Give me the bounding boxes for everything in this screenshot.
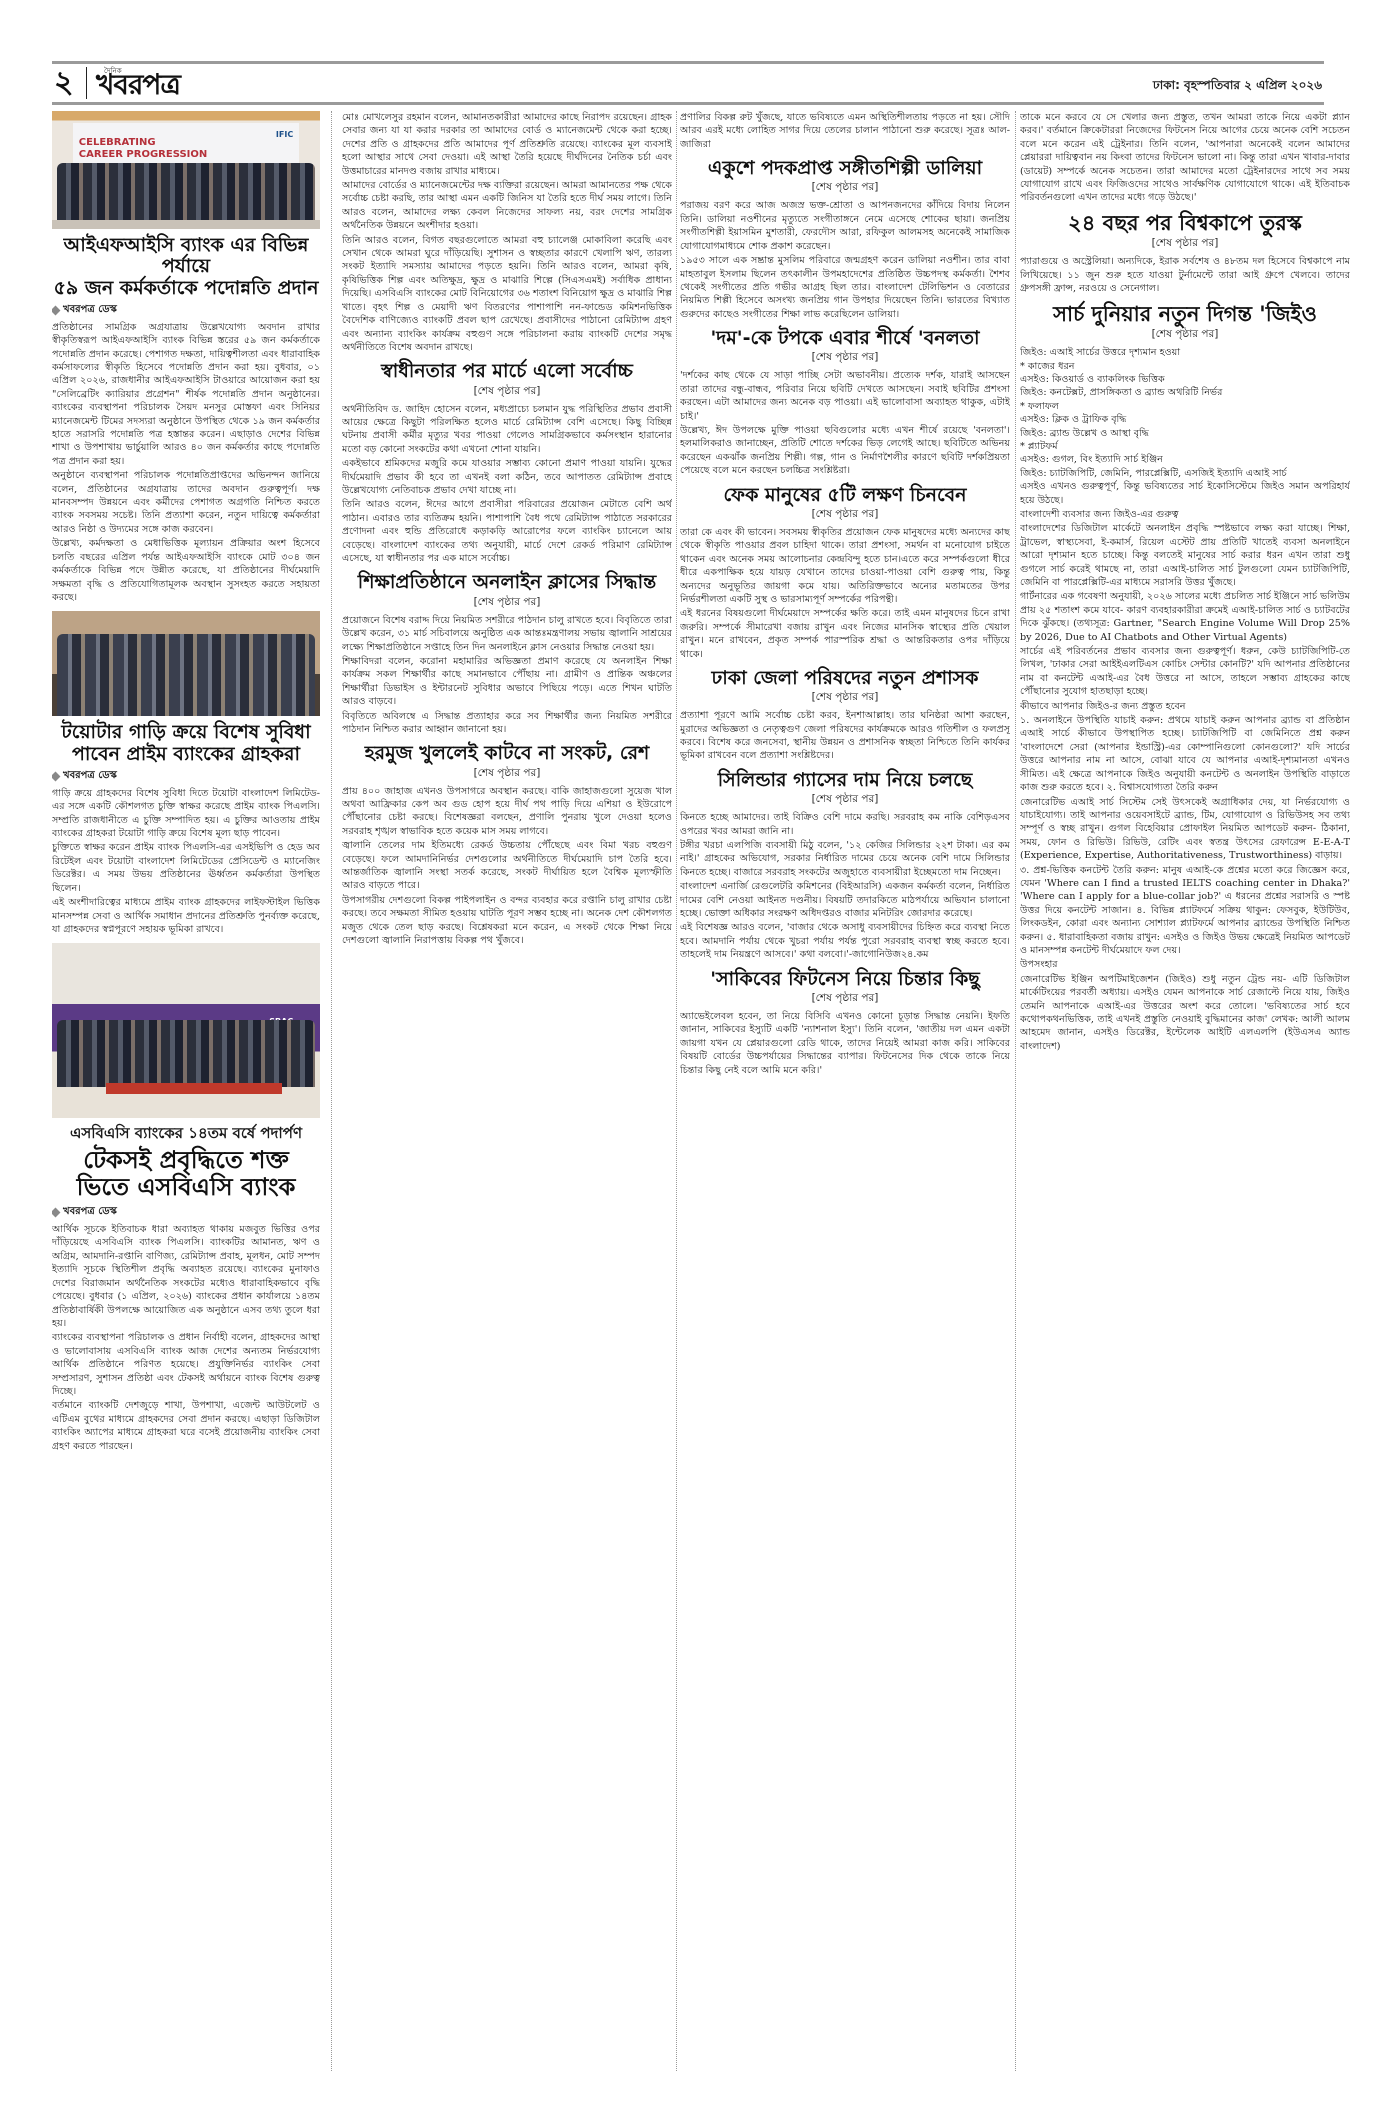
paragraph: উপসাগরীয় দেশগুলো বিকল্প পাইপলাইন ও বন্দ… <box>342 894 672 948</box>
article-body: প্যারাগুয়ে ও অস্ট্রেলিয়া। অন্যদিকে, ইর… <box>1020 255 1350 295</box>
paragraph: বাংলাদেশের ডিজিটাল মার্কেটে অনলাইন প্রবৃ… <box>1020 522 1350 589</box>
continued-label: [শেষ পৃষ্ঠার পর] <box>1020 327 1350 344</box>
article-turkey-world-cup: ২৪ বছর পর বিশ্বকাপে তুরস্ক [শেষ পৃষ্ঠার … <box>1020 212 1350 296</box>
list-item: * প্ল্যাটফর্ম <box>1020 440 1350 453</box>
group-of-people <box>57 163 314 220</box>
article-headline: সার্চ দুনিয়ার নতুন দিগন্ত 'জিইও <box>1020 303 1350 327</box>
column-2: মোঃ মোখলেসুর রহমান বলেন, আমানতকারীরা আমা… <box>342 111 672 2071</box>
subheading: উপসংহার <box>1020 958 1350 971</box>
list-item: এসইও: কিওয়ার্ড ও ব্যাকলিংক ভিত্তিক <box>1020 373 1350 386</box>
paragraph: প্যারাগুয়ে ও অস্ট্রেলিয়া। অন্যদিকে, ইর… <box>1020 255 1350 295</box>
continued-label: [শেষ পৃষ্ঠার পর] <box>680 350 1010 367</box>
red-carpet <box>106 1083 283 1094</box>
article-body: প্রণালির বিকল্প রুট খুঁজছে, যাতে ভবিষ্যত… <box>680 111 1010 151</box>
paragraph: তিনি আরও বলেন, বিগত বছরগুলোতে আমরা বহু চ… <box>342 234 672 355</box>
paragraph: চুক্তিতে স্বাক্ষর করেন প্রাইম ব্যাংক পিএ… <box>52 841 320 895</box>
article-body: আর্থিক সূচকে ইতিবাচক ধারা অব্যাহত থাকায়… <box>52 1223 320 1453</box>
article-dalia: একুশে পদকপ্রাপ্ত সঙ্গীতশিল্পী ডালিয়া [শ… <box>680 158 1010 321</box>
continued-label: [শেষ পৃষ্ঠার পর] <box>680 991 1010 1008</box>
paragraph: জ্বালানি তেলের দাম ইতিমধ্যে রেকর্ড উচ্চত… <box>342 839 672 893</box>
continued-label: [শেষ পৃষ্ঠার পর] <box>342 595 672 612</box>
byline-text: খবরপত্র ডেস্ক <box>63 768 117 785</box>
paragraph: গার্টনারের এক গবেষণা অনুযায়ী, ২০২৬ সালে… <box>1020 590 1350 644</box>
article-headline: ২৪ বছর পর বিশ্বকাপে তুরস্ক <box>1020 212 1350 236</box>
byline-text: খবরপত্র ডেস্ক <box>63 302 117 319</box>
paragraph: আমাদের বোর্ডের ও ম্যানেজমেন্টের দক্ষ ব্য… <box>342 179 672 233</box>
article-headline: সিলিন্ডার গ্যাসের দাম নিয়ে চলছে <box>680 770 1010 791</box>
ific-event-photo: CELEBRATING CAREER PROGRESSION IFIC <box>52 111 320 229</box>
list-item: * ফলাফল <box>1020 400 1350 413</box>
article-body: এসইও এখনও গুরুত্বপূর্ণ, কিন্তু ভবিষ্যতের… <box>1020 480 1350 1053</box>
diamond-bullet-icon <box>52 771 60 781</box>
article-headline-line2: পাবেন প্রাইম ব্যাংকের গ্রাহকরা <box>52 744 320 765</box>
paragraph: জেনারেটিভ এআই সার্চ সিস্টেম সেই উৎসকেই অ… <box>1020 796 1350 863</box>
paragraph: প্রত্যাশা পূরণে আমি সর্বোচ্চ চেষ্টা করব,… <box>680 709 1010 763</box>
article-body: প্রায় ৪০০ জাহাজ এখনও উপসাগরে অবস্থান কর… <box>342 785 672 948</box>
column-divider <box>331 111 332 2071</box>
paragraph: অর্থনীতিবিদ ড. জাহিদ হোসেন বলেন, মধ্যপ্র… <box>342 403 672 457</box>
article-headline: হরমুজ খুললেই কাটবে না সংকট, রেশ <box>342 743 672 764</box>
paragraph: গাড়ি ক্রয়ে গ্রাহকদের বিশেষ সুবিধা দিতে… <box>52 787 320 841</box>
paragraph: মোঃ মোখলেসুর রহমান বলেন, আমানতকারীরা আমা… <box>342 111 672 178</box>
article-headline: আইএফআইসি ব্যাংক এর বিভিন্ন পর্যায়ে <box>52 235 320 278</box>
continued-label: [শেষ পৃষ্ঠার পর] <box>342 384 672 401</box>
paragraph: এসইও এখনও গুরুত্বপূর্ণ, কিন্তু ভবিষ্যতের… <box>1020 480 1350 507</box>
column-divider <box>676 111 677 2071</box>
continued-label: [শেষ পৃষ্ঠার পর] <box>680 792 1010 809</box>
article-online-class: শিক্ষাপ্রতিষ্ঠানে অনলাইন ক্লাসের সিদ্ধান… <box>342 572 672 736</box>
article-ific-promotion: CELEBRATING CAREER PROGRESSION IFIC আইএফ… <box>52 111 320 604</box>
continued-label: [শেষ পৃষ্ঠার পর] <box>342 766 672 783</box>
paragraph: একইভাবে শ্রমিকদের মজুরি কমে যাওয়ার সম্ভ… <box>342 457 672 497</box>
comparison-list: জিইও: এআই সার্চের উত্তরে দৃশ্যমান হওয়া … <box>1020 346 1350 480</box>
masthead: ২ দৈনিক খবরপত্র ঢাকা: বৃহস্পতিবার ২ এপ্র… <box>52 61 1324 105</box>
paragraph: প্রায় ৪০০ জাহাজ এখনও উপসাগরে অবস্থান কর… <box>342 785 672 839</box>
paragraph: শিক্ষাবিদরা বলেন, করোনা মহামারির অভিজ্ঞত… <box>342 655 672 709</box>
group-of-people <box>57 634 314 716</box>
masthead-bottom-rule <box>52 102 1324 105</box>
paper-logo: খবরপত্র <box>96 69 180 101</box>
article-body: মোঃ মোখলেসুর রহমান বলেন, আমানতকারীরা আমা… <box>342 111 672 354</box>
article-dhaka-district-council: ঢাকা জেলা পরিষদের নতুন প্রশাসক [শেষ পৃষ্… <box>680 668 1010 763</box>
paragraph: অনুষ্ঠানে ব্যবস্থাপনা পরিচালক পদোন্নতিপ্… <box>52 469 320 536</box>
masthead-top-rule <box>52 61 1324 64</box>
article-shakib-fitness: 'সাকিবের ফিটনেস নিয়ে চিন্তার কিছু [শেষ … <box>680 969 1010 1077</box>
article-headline: ফেক মানুষের ৫টি লক্ষণ চিনবেন <box>680 485 1010 506</box>
article-body: প্রয়োজনে বিশেষ বরাদ্দ দিয়ে নিয়মিত সশর… <box>342 614 672 737</box>
dateline: ঢাকা: বৃহস্পতিবার ২ এপ্রিল ২০২৬ <box>1153 77 1322 97</box>
paragraph: উল্লেখ্য, ঈদ উপলক্ষে মুক্তি পাওয়া ছবিগু… <box>680 424 1010 478</box>
paragraph: এই ধরনের বিষয়গুলো দীর্ঘমেয়াদে সম্পর্কে… <box>680 607 1010 661</box>
list-item: জিইও: কনটেক্সট, প্রাসঙ্গিকতা ও ব্র্যান্ড… <box>1020 386 1350 399</box>
toyota-signing-photo <box>52 611 320 716</box>
subheading: কীভাবে আপনার জিইও-র জন্য প্রস্তুত হবেন <box>1020 700 1350 713</box>
list-item: জিইও: এআই সার্চের উত্তরে দৃশ্যমান হওয়া <box>1020 346 1350 359</box>
paragraph: আর্থিক সূচকে ইতিবাচক ধারা অব্যাহত থাকায়… <box>52 1223 320 1330</box>
column-divider <box>1015 111 1016 2071</box>
paragraph: টঙ্গীর খরচা এলপিজি ব্যবসায়ী মিঠু বলেন, … <box>680 839 1010 879</box>
article-body: কিনতে হচ্ছে আমাদের। তাই বিক্রিও বেশি দাম… <box>680 811 1010 961</box>
page-number: ২ <box>54 66 74 100</box>
ific-logo-icon: IFIC <box>276 130 293 139</box>
article-headline: টেকসই প্রবৃদ্ধিতে শক্ত <box>52 1147 320 1174</box>
article-sbac-continued: মোঃ মোখলেসুর রহমান বলেন, আমানতকারীরা আমা… <box>342 111 672 354</box>
article-fake-people: ফেক মানুষের ৫টি লক্ষণ চিনবেন [শেষ পৃষ্ঠা… <box>680 485 1010 661</box>
article-headline-line2: ভিতে এসবিএসি ব্যাংক <box>52 1174 320 1201</box>
column-4: তাকে মনে করবে যে সে খেলার জন্য প্রস্তুত,… <box>1020 111 1350 2071</box>
byline-text: খবরপত্র ডেস্ক <box>63 1204 117 1221</box>
column-1: CELEBRATING CAREER PROGRESSION IFIC আইএফ… <box>52 111 320 2071</box>
paragraph: ১৯৫৩ সালে এক সম্ভ্রান্ত মুসলিম পরিবারে জ… <box>680 254 1010 321</box>
column-3: প্রণালির বিকল্প রুট খুঁজছে, যাতে ভবিষ্যত… <box>680 111 1010 2071</box>
article-cylinder-gas: সিলিন্ডার গ্যাসের দাম নিয়ে চলছে [শেষ পৃ… <box>680 770 1010 962</box>
paragraph: বাংলাদেশ এনার্জি রেগুলেটরি কমিশনের (বিইআ… <box>680 880 1010 920</box>
list-item: এসইও: ক্লিক ও ট্রাফিক বৃদ্ধি <box>1020 413 1350 426</box>
article-headline: একুশে পদকপ্রাপ্ত সঙ্গীতশিল্পী ডালিয়া <box>680 158 1010 179</box>
diamond-bullet-icon <box>52 1208 60 1218</box>
paragraph: প্রয়োজনে বিশেষ বরাদ্দ দিয়ে নিয়মিত সশর… <box>342 614 672 654</box>
list-item: জিইও: ব্র্যান্ড উল্লেখ ও আস্থা বৃদ্ধি <box>1020 427 1350 440</box>
paragraph: তারা কে এবং কী ভাবেন। সবসময় স্বীকৃতির প… <box>680 526 1010 606</box>
paragraph: তাকে মনে করবে যে সে খেলার জন্য প্রস্তুত,… <box>1020 111 1350 205</box>
byline: খবরপত্র ডেস্ক <box>52 768 320 785</box>
article-headline: 'সাকিবের ফিটনেস নিয়ে চিন্তার কিছু <box>680 969 1010 990</box>
continued-label: [শেষ পৃষ্ঠার পর] <box>680 690 1010 707</box>
continued-label: [শেষ পৃষ্ঠার পর] <box>680 180 1010 197</box>
article-headline: টয়োটার গাড়ি ক্রয়ে বিশেষ সুবিধা <box>52 722 320 743</box>
photo-banner-text: CELEBRATING CAREER PROGRESSION <box>79 137 207 161</box>
article-headline: শিক্ষাপ্রতিষ্ঠানে অনলাইন ক্লাসের সিদ্ধান… <box>342 572 672 593</box>
diamond-bullet-icon <box>52 305 60 315</box>
article-shakib-continued: তাকে মনে করবে যে সে খেলার জন্য প্রস্তুত,… <box>1020 111 1350 205</box>
article-body: প্রতিষ্ঠানের সামগ্রিক অগ্রযাত্রায় উল্লে… <box>52 321 320 605</box>
article-banalata: 'দম'-কে টপকে এবার শীর্ষে 'বনলতা [শেষ পৃষ… <box>680 328 1010 478</box>
paragraph: ১. অনলাইনে উপস্থিতি যাচাই করুন: প্রথমে য… <box>1020 714 1350 794</box>
article-prime-bank-toyota: টয়োটার গাড়ি ক্রয়ে বিশেষ সুবিধা পাবেন … <box>52 611 320 936</box>
article-body: তাকে মনে করবে যে সে খেলার জন্য প্রস্তুত,… <box>1020 111 1350 205</box>
paragraph: অ্যাভেইলেবল হবেন, তা নিয়ে বিসিবি এখনও ক… <box>680 1010 1010 1077</box>
article-hormuz-continued: প্রণালির বিকল্প রুট খুঁজছে, যাতে ভবিষ্যত… <box>680 111 1010 151</box>
article-headline: 'দম'-কে টপকে এবার শীর্ষে 'বনলতা <box>680 328 1010 349</box>
sbac-event-photo: SBAC <box>52 943 320 1118</box>
paragraph: ব্যাংকের ব্যবস্থাপনা পরিচালক ও প্রধান নি… <box>52 1331 320 1398</box>
continued-label: [শেষ পৃষ্ঠার পর] <box>680 507 1010 524</box>
article-sbac-anniversary: SBAC এসবিএসি ব্যাংকের ১৪তম বর্ষে পদার্পণ… <box>52 943 320 1453</box>
paragraph: প্রতিষ্ঠানের সামগ্রিক অগ্রযাত্রায় উল্লে… <box>52 321 320 468</box>
page-number-divider <box>86 67 87 99</box>
paragraph: পরাজয় বরণ করে আজ অজস্র ভক্ত-শ্রোতা ও আপ… <box>680 199 1010 253</box>
byline: খবরপত্র ডেস্ক <box>52 1204 320 1221</box>
article-remittance: স্বাধীনতার পর মার্চে এলো সর্বোচ্চ [শেষ প… <box>342 361 672 565</box>
paragraph: কিনতে হচ্ছে আমাদের। তাই বিক্রিও বেশি দাম… <box>680 811 1010 838</box>
subheading: বাংলাদেশী ব্যবসার জন্য জিইও-এর গুরুত্ব <box>1020 508 1350 521</box>
paragraph: তিনি আরও বলেন, ঈদের আগে প্রবাসীরা পরিবার… <box>342 498 672 565</box>
article-body: পরাজয় বরণ করে আজ অজস্র ভক্ত-শ্রোতা ও আপ… <box>680 199 1010 321</box>
article-body: 'দর্শকের কাছ থেকে যে সাড়া পাচ্ছি সেটা অ… <box>680 369 1010 477</box>
list-item: * কাজের ধরন <box>1020 360 1350 373</box>
list-item: জিইও: চ্যাটজিপিটি, জেমিনি, পারপ্লেক্সিটি… <box>1020 467 1350 480</box>
article-headline: স্বাধীনতার পর মার্চে এলো সর্বোচ্চ <box>342 361 672 382</box>
article-kicker: এসবিএসি ব্যাংকের ১৪তম বর্ষে পদার্পণ <box>52 1122 320 1147</box>
paragraph: বর্তমানে ব্যাংকটি দেশজুড়ে শাখা, উপশাখা,… <box>52 1399 320 1453</box>
group-of-people <box>57 1020 314 1087</box>
paragraph: সার্চের এই পরিবর্তনের প্রভাব ব্যবসার জন্… <box>1020 645 1350 699</box>
paragraph: প্রণালির বিকল্প রুট খুঁজছে, যাতে ভবিষ্যত… <box>680 111 1010 151</box>
list-item: এসইও: গুগল, বিং ইত্যাদি সার্চ ইঞ্জিন <box>1020 453 1350 466</box>
article-body: তারা কে এবং কী ভাবেন। সবসময় স্বীকৃতির প… <box>680 526 1010 661</box>
article-headline: ঢাকা জেলা পরিষদের নতুন প্রশাসক <box>680 668 1010 689</box>
paragraph: এই অংশীদারিত্বের মাধ্যমে প্রাইম ব্যাংক গ… <box>52 896 320 936</box>
article-body: প্রত্যাশা পূরণে আমি সর্বোচ্চ চেষ্টা করব,… <box>680 709 1010 763</box>
paragraph: এই বিশেষজ্ঞ আরও বলেন, 'বাজার থেকে অসাধু … <box>680 921 1010 961</box>
paragraph: উল্লেখ্য, কর্মদক্ষতা ও মেধাভিত্তিক মূল্য… <box>52 537 320 604</box>
paragraph: 'দর্শকের কাছ থেকে যে সাড়া পাচ্ছি সেটা অ… <box>680 369 1010 423</box>
article-body: অর্থনীতিবিদ ড. জাহিদ হোসেন বলেন, মধ্যপ্র… <box>342 403 672 566</box>
article-geo-search: সার্চ দুনিয়ার নতুন দিগন্ত 'জিইও [শেষ পৃ… <box>1020 303 1350 1054</box>
photo-floor <box>52 220 320 229</box>
continued-label: [শেষ পৃষ্ঠার পর] <box>1020 236 1350 253</box>
paragraph: জেনারেটিভ ইঞ্জিন অপটিমাইজেশন (জিইও) শুধু… <box>1020 973 1350 1053</box>
paragraph: ৩. প্রশ্ন-ভিত্তিক কনটেন্ট তৈরি করুন: মান… <box>1020 864 1350 958</box>
article-body: গাড়ি ক্রয়ে গ্রাহকদের বিশেষ সুবিধা দিতে… <box>52 787 320 936</box>
byline: খবরপত্র ডেস্ক <box>52 302 320 319</box>
article-headline-line2: ৫৯ জন কর্মকর্তাকে পদোন্নতি প্রদান <box>52 278 320 299</box>
article-body: অ্যাভেইলেবল হবেন, তা নিয়ে বিসিবি এখনও ক… <box>680 1010 1010 1077</box>
article-hormuz: হরমুজ খুললেই কাটবে না সংকট, রেশ [শেষ পৃষ… <box>342 743 672 947</box>
paragraph: বিবৃতিতে অবিলম্বে এ সিদ্ধান্ত প্রত্যাহার… <box>342 710 672 737</box>
